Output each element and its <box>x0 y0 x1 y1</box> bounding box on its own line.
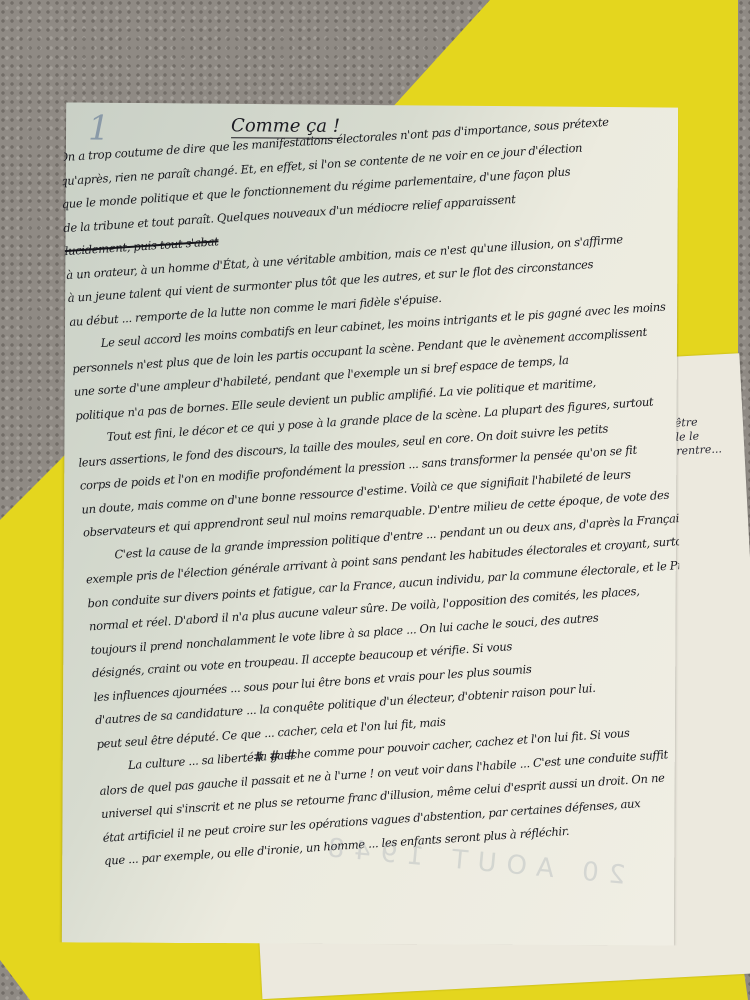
manuscript-page: 1 Comme ça ! On a trop coutume de dire q… <box>62 102 678 945</box>
underlying-sheet-note: être le le rentre... <box>675 414 737 459</box>
signoff-mark: # # # <box>252 747 297 766</box>
note-line: rentre... <box>676 442 737 459</box>
handwritten-body: On a trop coutume de dire que les manife… <box>58 107 714 873</box>
